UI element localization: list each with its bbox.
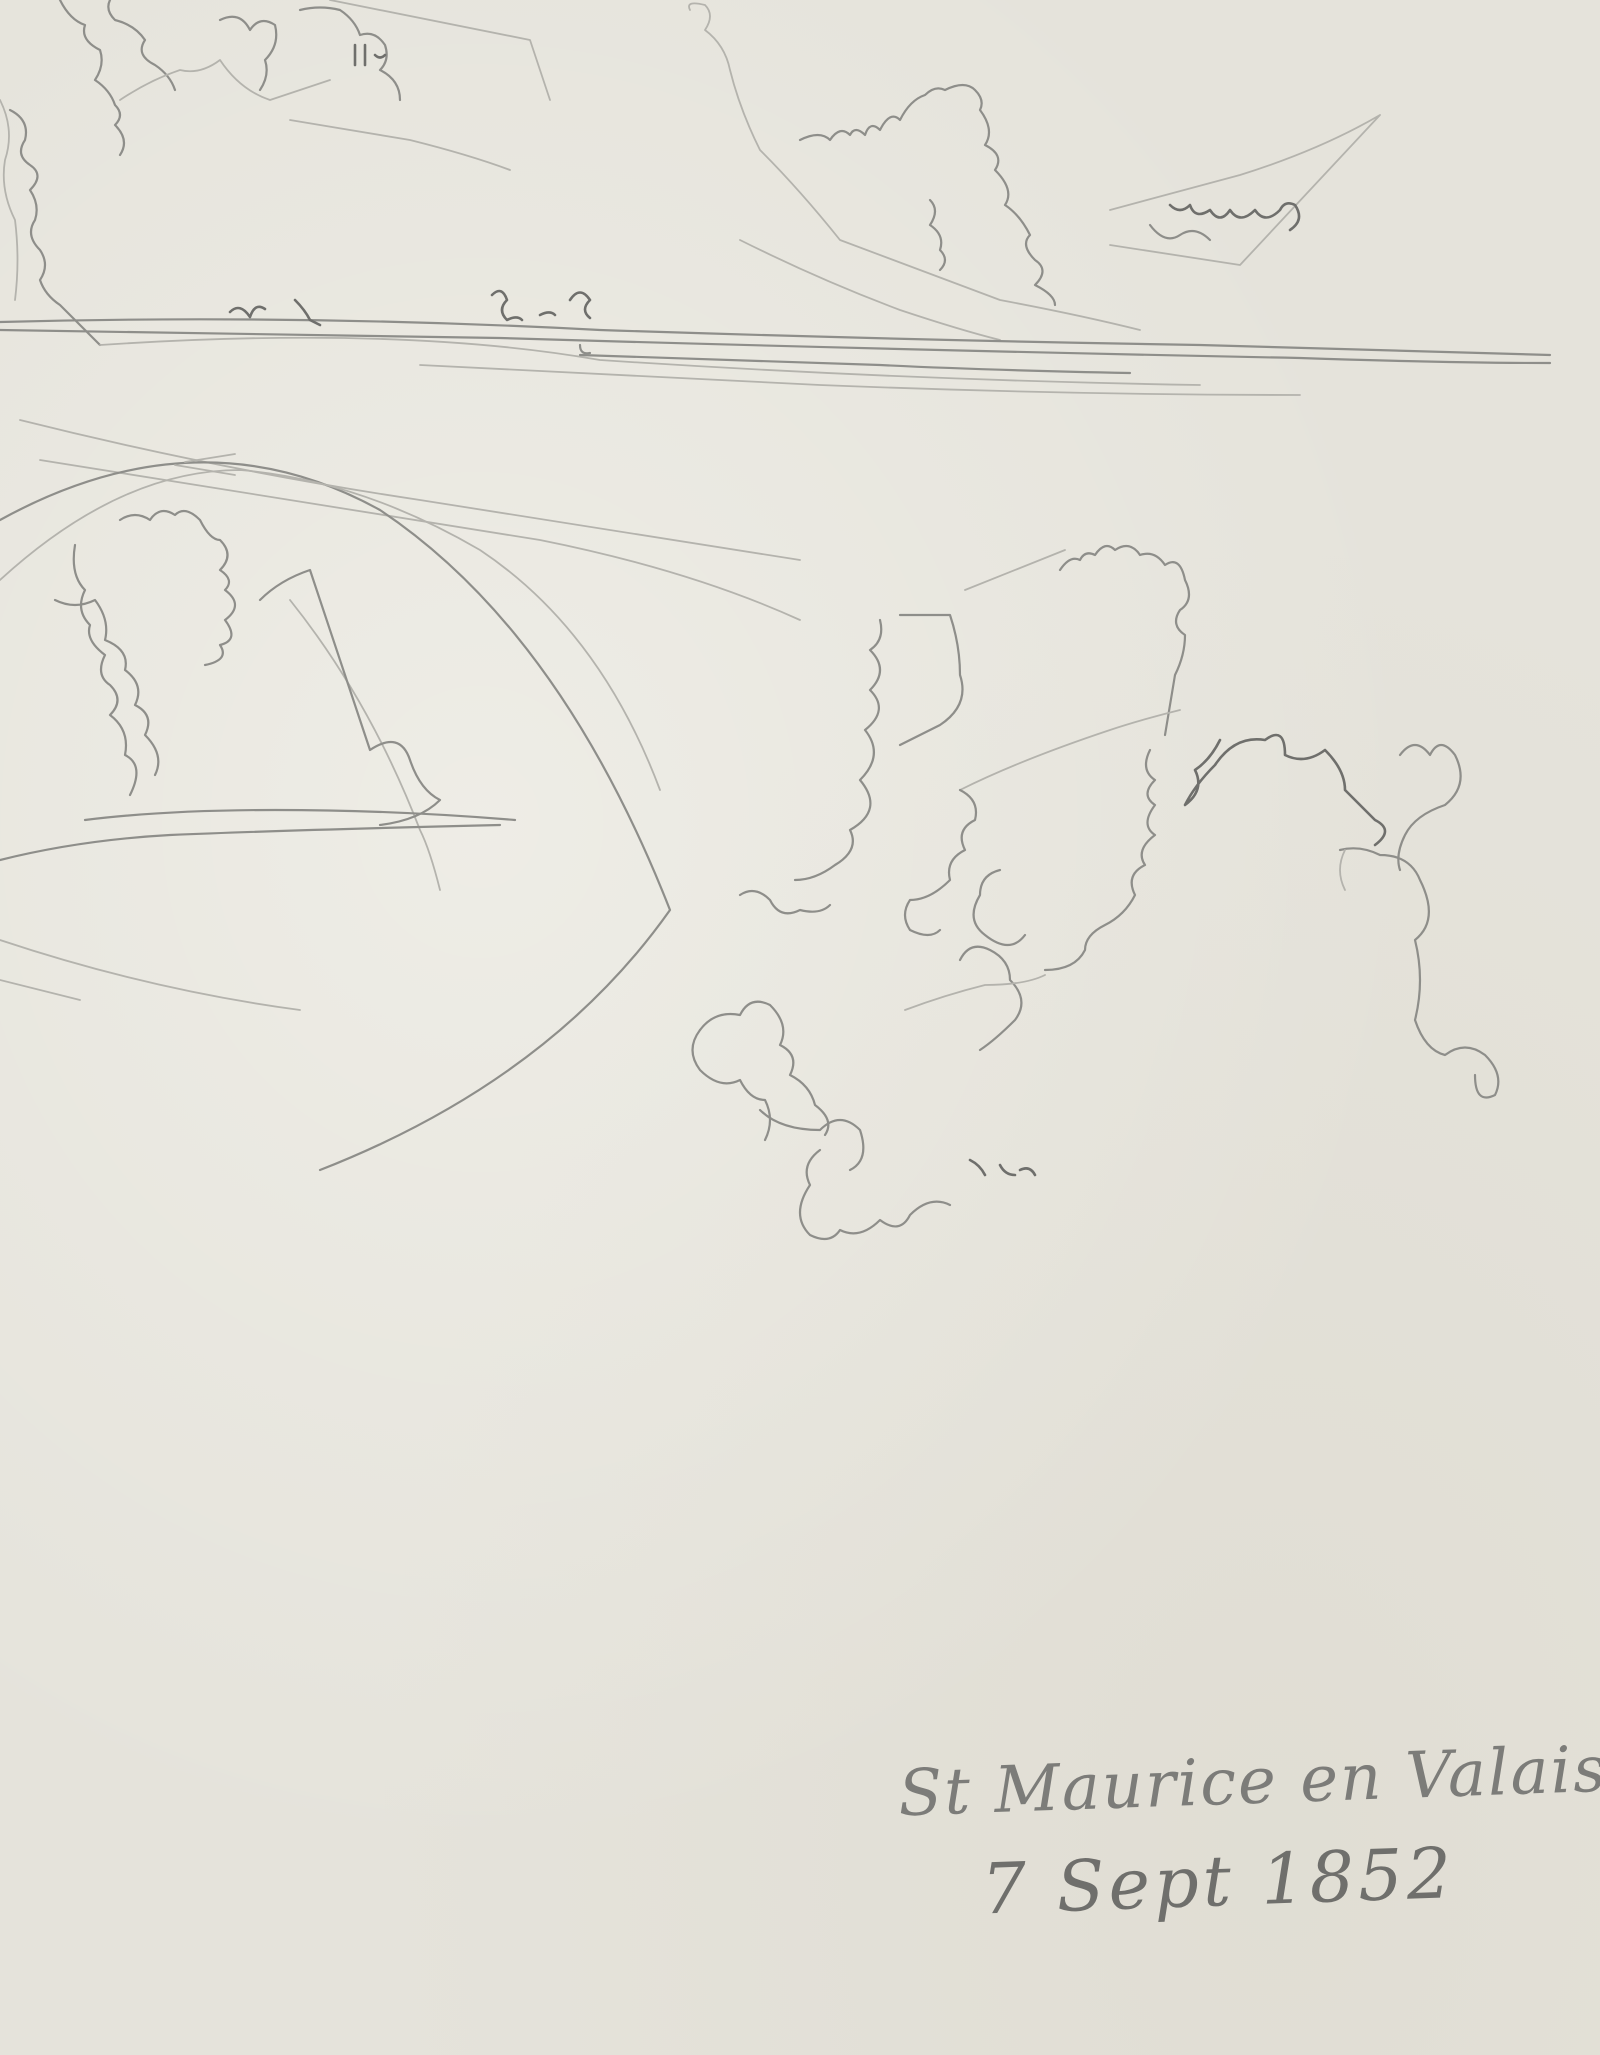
river-horizon xyxy=(0,291,1550,395)
sketch-sheet: St Maurice en Valais 7 Sept 1852 xyxy=(0,0,1600,2055)
top-left-trees xyxy=(0,0,550,345)
central-foliage xyxy=(740,546,1189,1050)
inscription: St Maurice en Valais 7 Sept 1852 xyxy=(897,1733,1600,1934)
arched-bridge xyxy=(0,454,670,1170)
top-right-hill xyxy=(689,3,1380,340)
right-foliage xyxy=(1185,735,1498,1098)
faint-water-lines xyxy=(20,420,800,620)
arch-trees xyxy=(0,511,515,860)
lower-foliage xyxy=(693,1002,1036,1239)
